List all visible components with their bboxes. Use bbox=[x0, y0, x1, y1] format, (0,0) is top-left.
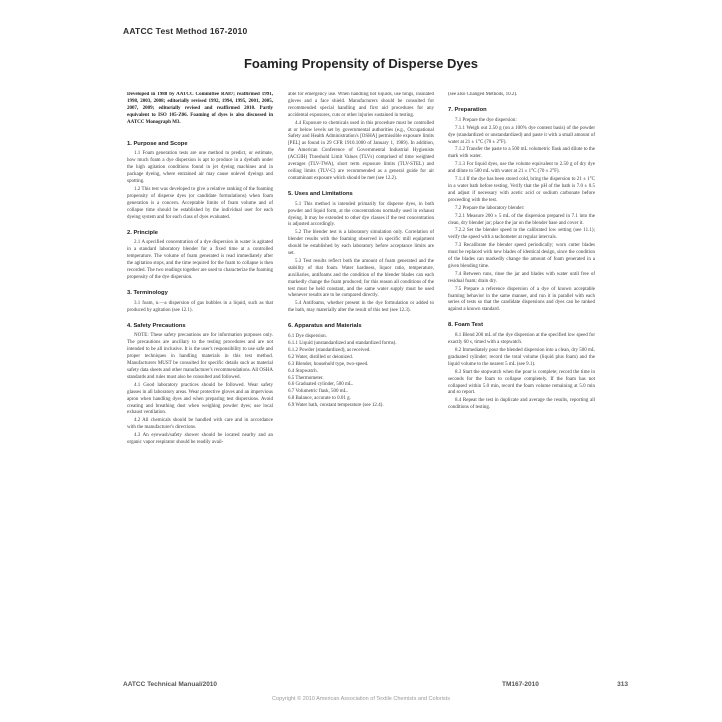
paragraph-4-2: 4.2 All chemicals should be handled with… bbox=[127, 418, 273, 432]
paragraph-7-1-3: 7.1.3 For liquid dyes, use the volume eq… bbox=[448, 162, 595, 176]
section-heading-preparation: 7. Preparation bbox=[448, 107, 595, 114]
paragraph-7-1-1: 7.1.1 Weigh out 2.50 g (on a 100% dye co… bbox=[448, 126, 595, 147]
section-heading-apparatus: 6. Apparatus and Materials bbox=[288, 323, 434, 330]
section-heading-principle: 2. Principle bbox=[127, 230, 273, 237]
text-column-3: (see also Changed Methods, 10.2). 7. Pre… bbox=[448, 92, 595, 670]
paragraph-7-2-2: 7.2.2 Set the blender speed to the calib… bbox=[448, 228, 595, 242]
paragraph-4-1: 4.1 Good laboratory practices should be … bbox=[127, 383, 273, 418]
revision-history: Developed in 1988 by AATCC Committee RA8… bbox=[127, 92, 273, 127]
section-heading-foam-test: 8. Foam Test bbox=[448, 322, 595, 329]
paragraph-4-3: 4.3 An eyewash/safety shower should be l… bbox=[127, 433, 273, 447]
paragraph-7-1-4: 7.1.4 If the dye has been stored cold, b… bbox=[448, 177, 595, 205]
paragraph-7-5: 7.5 Prepare a reference dispersion of a … bbox=[448, 287, 595, 315]
paragraph-7-1: 7.1 Prepare the dye dispersion: bbox=[448, 118, 595, 125]
paragraph-7-3: 7.3 Recalibrate the blender speed period… bbox=[448, 243, 595, 271]
text-column-2: able for emergency use. When handling ho… bbox=[288, 92, 434, 670]
paragraph-5-2: 5.2 The blender test is a laboratory sim… bbox=[288, 230, 434, 258]
section-heading-safety: 4. Safety Precautions bbox=[127, 323, 273, 330]
paragraph-5-3: 5.3 Test results reflect both the amount… bbox=[288, 259, 434, 300]
paragraph-4-3-continued: able for emergency use. When handling ho… bbox=[288, 92, 434, 120]
paragraph-1-1: 1.1 Foam generation tests are one method… bbox=[127, 151, 273, 186]
footer-right: TM167-2010 313 bbox=[502, 681, 628, 688]
paragraph-5-4: 5.4 Antifoams, whether present in the dy… bbox=[288, 301, 434, 315]
paragraph-5-1: 5.1 This method is intended primarily fo… bbox=[288, 202, 434, 230]
paragraph-8-3: 8.3 Start the stopwatch when the pour is… bbox=[448, 370, 595, 398]
paragraph-1-2: 1.2 This test was developed to give a re… bbox=[127, 187, 273, 222]
page-title: Foaming Propensity of Disperse Dyes bbox=[0, 56, 722, 71]
paragraph-7-2: 7.2 Prepare the laboratory blender: bbox=[448, 206, 595, 213]
paragraph-2-1: 2.1 A specified concentration of a dye d… bbox=[127, 240, 273, 281]
paragraph-4-4: 4.4 Exposure to chemicals used in this p… bbox=[288, 121, 434, 183]
text-column-1: Developed in 1988 by AATCC Committee RA8… bbox=[127, 92, 273, 670]
footer-manual-name: AATCC Technical Manual/2010 bbox=[123, 681, 217, 688]
paragraph-8-2: 8.2 Immediately pour the blended dispers… bbox=[448, 348, 595, 369]
paragraph-7-2-1: 7.2.1 Measure 200 ± 5 mL of the dispersi… bbox=[448, 214, 595, 228]
copyright-notice: Copyright © 2010 American Association of… bbox=[0, 696, 722, 702]
section-heading-purpose: 1. Purpose and Scope bbox=[127, 141, 273, 148]
paragraph-3-1: 3.1 foam, n.—a dispersion of gas bubbles… bbox=[127, 301, 273, 315]
paragraph-8-1: 8.1 Blend 200 mL of the dye dispersion a… bbox=[448, 333, 595, 347]
document-page: AATCC Test Method 167-2010 Foaming Prope… bbox=[0, 0, 722, 722]
document-header: AATCC Test Method 167-2010 bbox=[123, 26, 247, 36]
paragraph-7-4: 7.4 Between runs, rinse the jar and blad… bbox=[448, 272, 595, 286]
paragraph-8-4: 8.4 Repeat the test in duplicate and ave… bbox=[448, 398, 595, 412]
cross-reference-line: (see also Changed Methods, 10.2). bbox=[448, 92, 595, 99]
footer-page-number: 313 bbox=[617, 681, 628, 688]
section-heading-uses-limitations: 5. Uses and Limitations bbox=[288, 191, 434, 198]
paragraph-7-1-2: 7.1.2 Transfer the paste to a 500 mL vol… bbox=[448, 147, 595, 161]
apparatus-list: 6.1 Dye dispersion. 6.1.1 Liquid (unstan… bbox=[288, 334, 434, 410]
footer-document-code: TM167-2010 bbox=[502, 681, 539, 688]
safety-note: NOTE: These safety precautions are for i… bbox=[127, 333, 273, 381]
section-heading-terminology: 3. Terminology bbox=[127, 290, 273, 297]
